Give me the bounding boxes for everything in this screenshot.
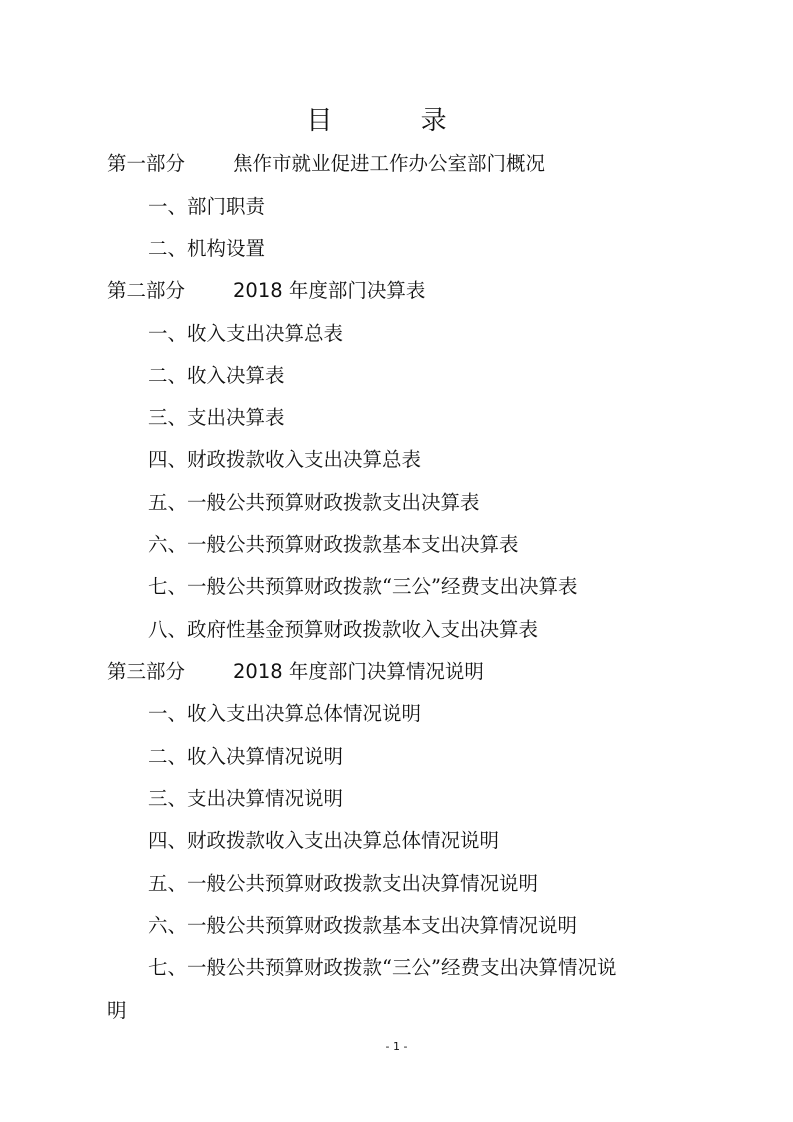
toc-item[interactable]: 三、支出决算情况说明	[148, 783, 343, 811]
toc-item[interactable]: 二、收入决算表	[148, 360, 285, 388]
toc-item[interactable]: 四、财政拨款收入支出决算总表	[148, 444, 421, 472]
toc-item[interactable]: 六、一般公共预算财政拨款基本支出决算情况说明	[148, 910, 577, 938]
page-number: - 1 -	[0, 1040, 793, 1053]
toc-item[interactable]: 七、一般公共预算财政拨款“三公”经费支出决算表	[148, 571, 577, 599]
part-title: 2018 年度部门决算表	[233, 279, 425, 302]
toc-item[interactable]: 五、一般公共预算财政拨款支出决算表	[148, 487, 480, 515]
toc-item[interactable]: 二、机构设置	[148, 233, 265, 261]
part-label: 第二部分	[107, 275, 233, 303]
toc-item[interactable]: 五、一般公共预算财政拨款支出决算情况说明	[148, 868, 538, 896]
toc-item[interactable]: 八、政府性基金预算财政拨款收入支出决算表	[148, 614, 538, 642]
toc-item[interactable]: 一、部门职责	[148, 191, 265, 219]
toc-item[interactable]: 二、收入决算情况说明	[148, 741, 343, 769]
toc-item[interactable]: 六、一般公共预算财政拨款基本支出决算表	[148, 529, 519, 557]
part-title: 焦作市就业促进工作办公室部门概况	[233, 152, 545, 175]
part-title: 2018 年度部门决算情况说明	[233, 660, 484, 683]
toc-item[interactable]: 四、财政拨款收入支出决算总体情况说明	[148, 825, 499, 853]
part-2-heading: 第二部分2018 年度部门决算表	[107, 275, 425, 303]
part-3-heading: 第三部分2018 年度部门决算情况说明	[107, 656, 484, 684]
toc-title: 目 录	[0, 100, 793, 137]
toc-item[interactable]: 三、支出决算表	[148, 402, 285, 430]
part-label: 第三部分	[107, 656, 233, 684]
toc-item[interactable]: 七、一般公共预算财政拨款“三公”经费支出决算情况说	[148, 952, 616, 980]
part-1-heading: 第一部分焦作市就业促进工作办公室部门概况	[107, 148, 545, 176]
toc-item[interactable]: 一、收入支出决算总表	[148, 318, 343, 346]
toc-item-continuation: 明	[107, 995, 127, 1023]
part-label: 第一部分	[107, 148, 233, 176]
toc-item[interactable]: 一、收入支出决算总体情况说明	[148, 698, 421, 726]
